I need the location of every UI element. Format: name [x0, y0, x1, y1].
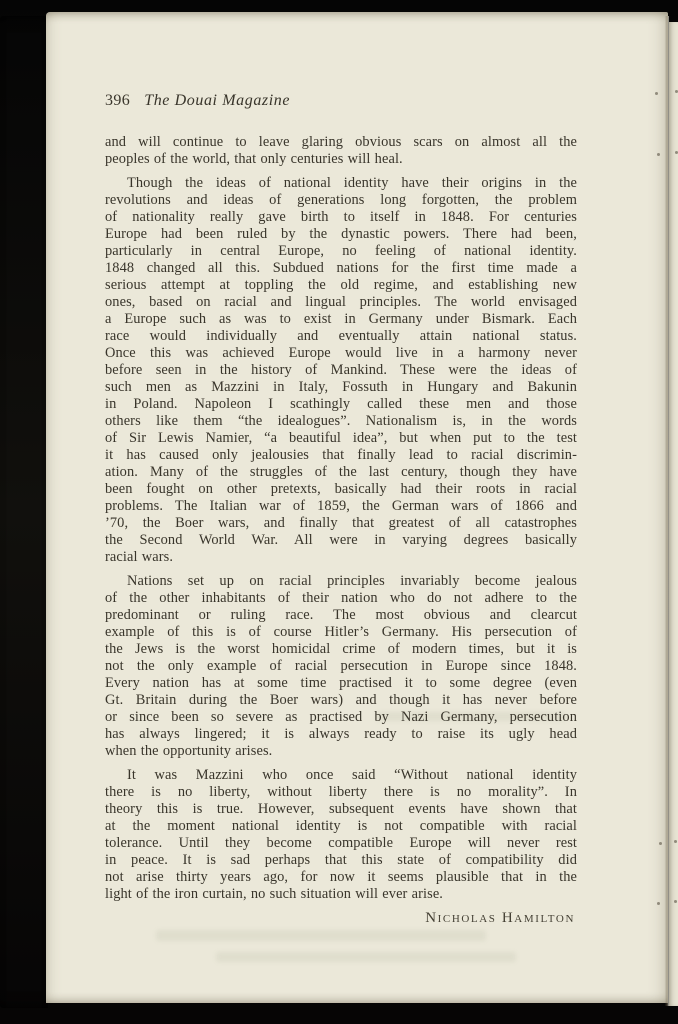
magazine-page: 396 The Douai Magazine and will continue…: [46, 12, 668, 1003]
text-line: predominant or ruling race. The most obv…: [105, 607, 577, 624]
text-line: has always lingered; it is always ready …: [105, 726, 577, 743]
next-page-edge: [669, 22, 678, 1006]
running-head: 396 The Douai Magazine: [105, 92, 577, 110]
stitch-dot: [655, 92, 658, 95]
text-line: it has caused only jealousies that final…: [105, 447, 577, 464]
text-line: been fought on other pretexts, basically…: [105, 481, 577, 498]
text-line: Gt. Britain during the Boer wars) and th…: [105, 692, 577, 709]
paragraph: and will continue to leave glaring obvio…: [105, 134, 577, 168]
page-content: 396 The Douai Magazine and will continue…: [105, 92, 577, 927]
text-line: racial wars.: [105, 549, 577, 566]
ghost-smudge: [156, 930, 486, 941]
stitch-dot: [657, 153, 660, 156]
text-line: problems. The Italian war of 1859, the G…: [105, 498, 577, 515]
text-line: race would individually and eventually a…: [105, 328, 577, 345]
author-signature: Nicholas Hamilton: [105, 910, 577, 927]
paragraph: Nations set up on racial principles inva…: [105, 573, 577, 760]
text-line: example of this is of course Hitler’s Ge…: [105, 624, 577, 641]
text-line: Once this was achieved Europe would live…: [105, 345, 577, 362]
text-line: and will continue to leave glaring obvio…: [105, 134, 577, 151]
text-line: the Jews is the worst homicidal crime of…: [105, 641, 577, 658]
text-line: of Sir Lewis Namier, “a beautiful idea”,…: [105, 430, 577, 447]
text-line: ation. Many of the struggles of the last…: [105, 464, 577, 481]
page-stack-edges: [0, 16, 48, 1008]
stitch-dot: [659, 842, 662, 845]
stitch-dot: [674, 840, 677, 843]
text-line: particularly in central Europe, no feeli…: [105, 243, 577, 260]
ghost-smudge: [216, 952, 516, 962]
stitch-dot: [674, 900, 677, 903]
text-line: ’70, the Boer wars, and finally that gre…: [105, 515, 577, 532]
paragraph: It was Mazzini who once said “Without na…: [105, 767, 577, 903]
text-line: not the only example of racial persecuti…: [105, 658, 577, 675]
text-line: of the other inhabitants of their nation…: [105, 590, 577, 607]
text-line: others like them “the idealogues”. Natio…: [105, 413, 577, 430]
text-line: before seen in the history of Mankind. T…: [105, 362, 577, 379]
text-line: a Europe such as was to exist in Germany…: [105, 311, 577, 328]
text-line: Europe had been ruled by the dynastic po…: [105, 226, 577, 243]
text-line: there is no liberty, without liberty the…: [105, 784, 577, 801]
text-line: tolerance. Until they become compatible …: [105, 835, 577, 852]
text-line: of nationality really gave birth to itse…: [105, 209, 577, 226]
text-line: in peace. It is sad perhaps that this st…: [105, 852, 577, 869]
text-line: theory this is true. However, subsequent…: [105, 801, 577, 818]
text-line: Every nation has at some time practised …: [105, 675, 577, 692]
text-line: the Second World War. All were in varyin…: [105, 532, 577, 549]
text-line: not arise thirty years ago, for now it s…: [105, 869, 577, 886]
text-line: 1848 changed all this. Subdued nations f…: [105, 260, 577, 277]
text-line: peoples of the world, that only centurie…: [105, 151, 577, 168]
text-line: light of the iron curtain, no such situa…: [105, 886, 577, 903]
text-line: when the opportunity arises.: [105, 743, 577, 760]
scanned-book-photo: 396 The Douai Magazine and will continue…: [0, 0, 678, 1024]
text-line: such men as Mazzini in Italy, Fossuth in…: [105, 379, 577, 396]
page-number: 396: [105, 92, 130, 110]
text-line: Nations set up on racial principles inva…: [105, 573, 577, 590]
text-line: serious attempt at toppling the old regi…: [105, 277, 577, 294]
paragraph: Though the ideas of national identity ha…: [105, 175, 577, 566]
body-text: and will continue to leave glaring obvio…: [105, 134, 577, 903]
text-line: revolutions and ideas of generations lon…: [105, 192, 577, 209]
text-line: or since been so severe as practised by …: [105, 709, 577, 726]
text-line: at the moment national identity is not c…: [105, 818, 577, 835]
text-line: Though the ideas of national identity ha…: [105, 175, 577, 192]
text-line: ones, based on racial and lingual princi…: [105, 294, 577, 311]
text-line: It was Mazzini who once said “Without na…: [105, 767, 577, 784]
magazine-title: The Douai Magazine: [144, 92, 290, 110]
text-line: in Poland. Napoleon I scathingly called …: [105, 396, 577, 413]
stitch-dot: [657, 902, 660, 905]
